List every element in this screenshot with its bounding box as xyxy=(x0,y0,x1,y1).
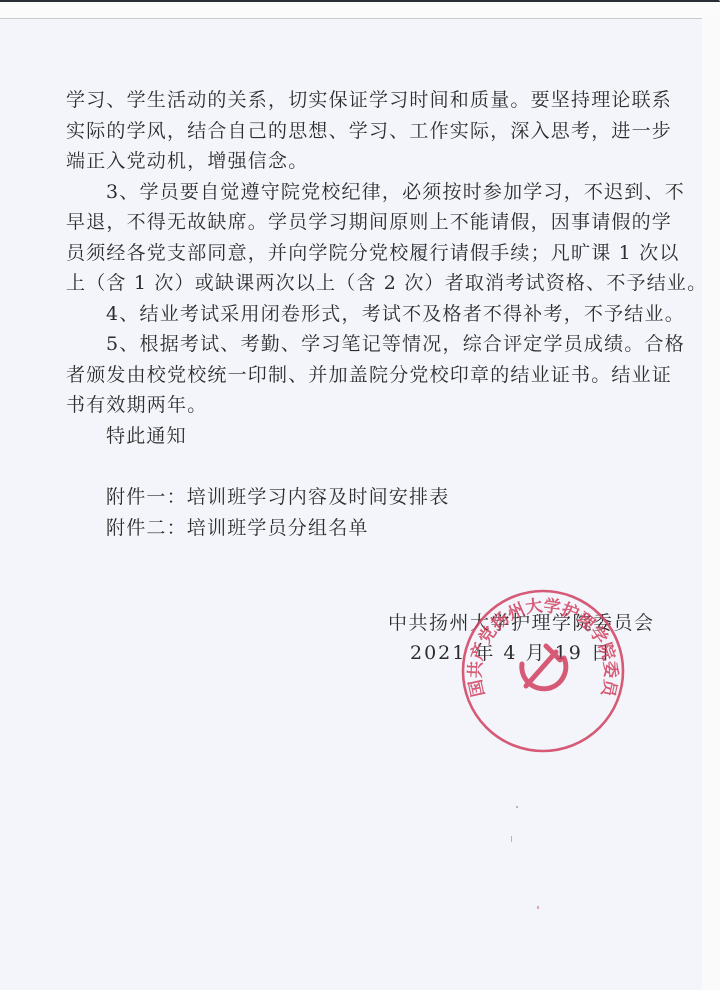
stamp-ring-text: 中国共产党扬州大学护理学院委员会 xyxy=(460,588,621,700)
scan-speck xyxy=(511,836,512,842)
text-line: 书有效期两年。 xyxy=(66,390,632,421)
scan-speck xyxy=(537,906,539,909)
text-line: 学习、学生活动的关系，切实保证学习时间和质量。要坚持理论联系 xyxy=(66,85,632,116)
scan-speck xyxy=(636,213,640,214)
text-line: 端正入党动机，增强信念。 xyxy=(66,146,632,177)
attachment-1: 附件一：培训班学习内容及时间安排表 xyxy=(66,482,632,513)
document-body: 学习、学生活动的关系，切实保证学习时间和质量。要坚持理论联系 实际的学风，结合自… xyxy=(66,85,632,543)
hammer-sickle-icon xyxy=(522,646,566,689)
text-line: 实际的学风，结合自己的思想、学习、工作实际，深入思考，进一步 xyxy=(66,116,632,147)
text-line: 3、学员要自觉遵守院党校纪律，必须按时参加学习，不迟到、不 xyxy=(66,177,632,208)
text-line: 5、根据考试、考勤、学习笔记等情况，综合评定学员成绩。合格 xyxy=(66,329,632,360)
official-seal-stamp: 中国共产党扬州大学护理学院委员会 xyxy=(460,588,626,754)
text-line: 上（含 1 次）或缺课两次以上（含 2 次）者取消考试资格、不予结业。 xyxy=(66,268,632,299)
text-line: 早退，不得无故缺席。学员学习期间原则上不能请假，因事请假的学 xyxy=(66,207,632,238)
paragraph-item-5: 5、根据考试、考勤、学习笔记等情况，综合评定学员成绩。合格 者颁发由校党校统一印… xyxy=(66,329,632,421)
scan-margin-top xyxy=(0,2,720,18)
scan-speck xyxy=(516,806,518,808)
paragraph-item-4: 4、结业考试采用闭卷形式，考试不及格者不得补考，不予结业。 xyxy=(66,299,632,330)
closing-text: 特此通知 xyxy=(66,421,632,452)
text-line: 者颁发由校党校统一印制、并加盖院分党校印章的结业证书。结业证 xyxy=(66,360,632,391)
scan-margin-right xyxy=(702,18,720,990)
attachment-2: 附件二：培训班学员分组名单 xyxy=(66,513,632,544)
paragraph-continuation: 学习、学生活动的关系，切实保证学习时间和质量。要坚持理论联系 实际的学风，结合自… xyxy=(66,85,632,177)
text-line: 员须经各党支部同意，并向学院分党校履行请假手续；凡旷课 1 次以 xyxy=(66,238,632,269)
paragraph-item-3: 3、学员要自觉遵守院党校纪律，必须按时参加学习，不迟到、不 早退，不得无故缺席。… xyxy=(66,177,632,299)
text-line: 4、结业考试采用闭卷形式，考试不及格者不得补考，不予结业。 xyxy=(66,299,632,330)
